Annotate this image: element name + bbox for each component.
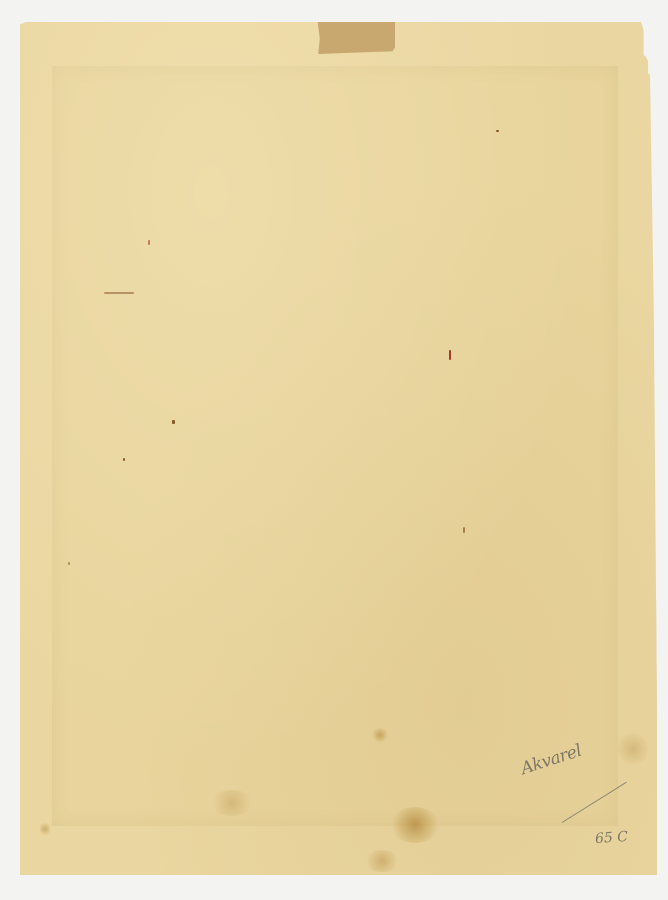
stain — [210, 790, 254, 816]
speck — [68, 562, 70, 565]
stain — [365, 850, 399, 872]
pencil-note-code: 65 C — [594, 829, 628, 847]
stain — [390, 807, 440, 843]
speck — [123, 458, 125, 461]
stain — [40, 822, 50, 836]
speck — [449, 350, 451, 360]
speck — [104, 292, 134, 294]
paper-sheet: Akvarel 65 C — [20, 22, 657, 875]
stain — [372, 728, 388, 742]
speck — [148, 240, 150, 245]
masking-tape — [315, 22, 395, 54]
speck — [172, 420, 175, 424]
stain — [618, 732, 648, 766]
speck — [463, 527, 465, 533]
speck — [496, 130, 499, 132]
